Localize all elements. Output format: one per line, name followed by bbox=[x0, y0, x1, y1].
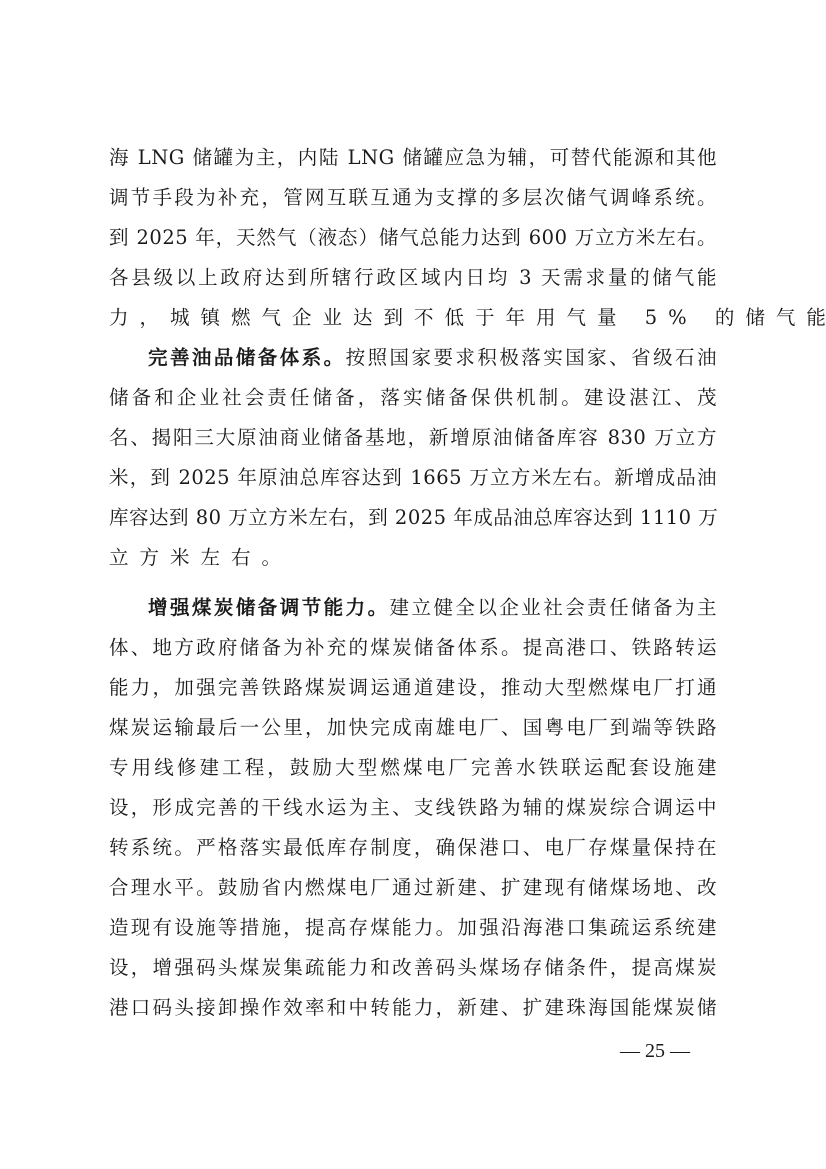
text-span: 按照国家要求积极落实国家、省级石油 bbox=[346, 346, 717, 369]
text-line: 煤炭运输最后一公里，加快完成南雄电厂、国粤电厂到端等铁路 bbox=[109, 713, 717, 743]
text-line: 合理水平。鼓励省内燃煤电厂通过新建、扩建现有储煤场地、改 bbox=[109, 873, 717, 903]
text-line: 设，增强码头煤炭集疏能力和改善码头煤场存储条件，提高煤炭 bbox=[109, 953, 717, 983]
text-line: 海 LNG 储罐为主，内陆 LNG 储罐应急为辅，可替代能源和其他 bbox=[109, 143, 717, 173]
page-number: — 25 — bbox=[620, 1040, 690, 1063]
text-line: 库容达到 80 万立方米左右，到 2025 年成品油总库容达到 1110 万 bbox=[109, 503, 717, 533]
text-line: 体、地方政府储备为补充的煤炭储备体系。提高港口、铁路转运 bbox=[109, 633, 717, 663]
paragraph-first-line: 增强煤炭储备调节能力。建立健全以企业社会责任储备为主 bbox=[148, 593, 717, 623]
text-line: 能力，加强完善铁路煤炭调运通道建设，推动大型燃煤电厂打通 bbox=[109, 673, 717, 703]
text-line: 到 2025 年，天然气（液态）储气总能力达到 600 万立方米左右。 bbox=[109, 223, 717, 253]
text-line: 转系统。严格落实最低库存制度，确保港口、电厂存煤量保持在 bbox=[109, 833, 717, 863]
text-line: 调节手段为补充，管网互联互通为支撑的多层次储气调峰系统。 bbox=[109, 183, 717, 213]
text-span: 建立健全以企业社会责任储备为主 bbox=[390, 596, 717, 619]
text-line: 名、揭阳三大原油商业储备基地，新增原油储备库容 830 万立方 bbox=[109, 423, 717, 453]
document-page: 海 LNG 储罐为主，内陆 LNG 储罐应急为辅，可替代能源和其他 调节手段为补… bbox=[0, 0, 826, 1169]
paragraph-first-line: 完善油品储备体系。按照国家要求积极落实国家、省级石油 bbox=[148, 343, 717, 373]
text-line: 储备和企业社会责任储备，落实储备保供机制。建设湛江、茂 bbox=[109, 383, 717, 413]
text-line: 造现有设施等措施，提高存煤能力。加强沿海港口集疏运系统建 bbox=[109, 913, 717, 943]
text-line: 港口码头接卸操作效率和中转能力，新建、扩建珠海国能煤炭储 bbox=[109, 993, 717, 1023]
paragraph-heading: 完善油品储备体系。 bbox=[148, 346, 346, 369]
text-line: 力，城镇燃气企业达到不低于年用气量 5% 的储气能力。 bbox=[109, 303, 717, 333]
paragraph-heading: 增强煤炭储备调节能力。 bbox=[148, 596, 390, 619]
text-line: 各县级以上政府达到所辖行政区域内日均 3 天需求量的储气能 bbox=[109, 263, 717, 293]
text-line: 专用线修建工程，鼓励大型燃煤电厂完善水铁联运配套设施建 bbox=[109, 753, 717, 783]
text-line: 设，形成完善的干线水运为主、支线铁路为辅的煤炭综合调运中 bbox=[109, 793, 717, 823]
text-line: 米，到 2025 年原油总库容达到 1665 万立方米左右。新增成品油 bbox=[109, 463, 717, 493]
text-line: 立方米左右。 bbox=[109, 543, 717, 573]
